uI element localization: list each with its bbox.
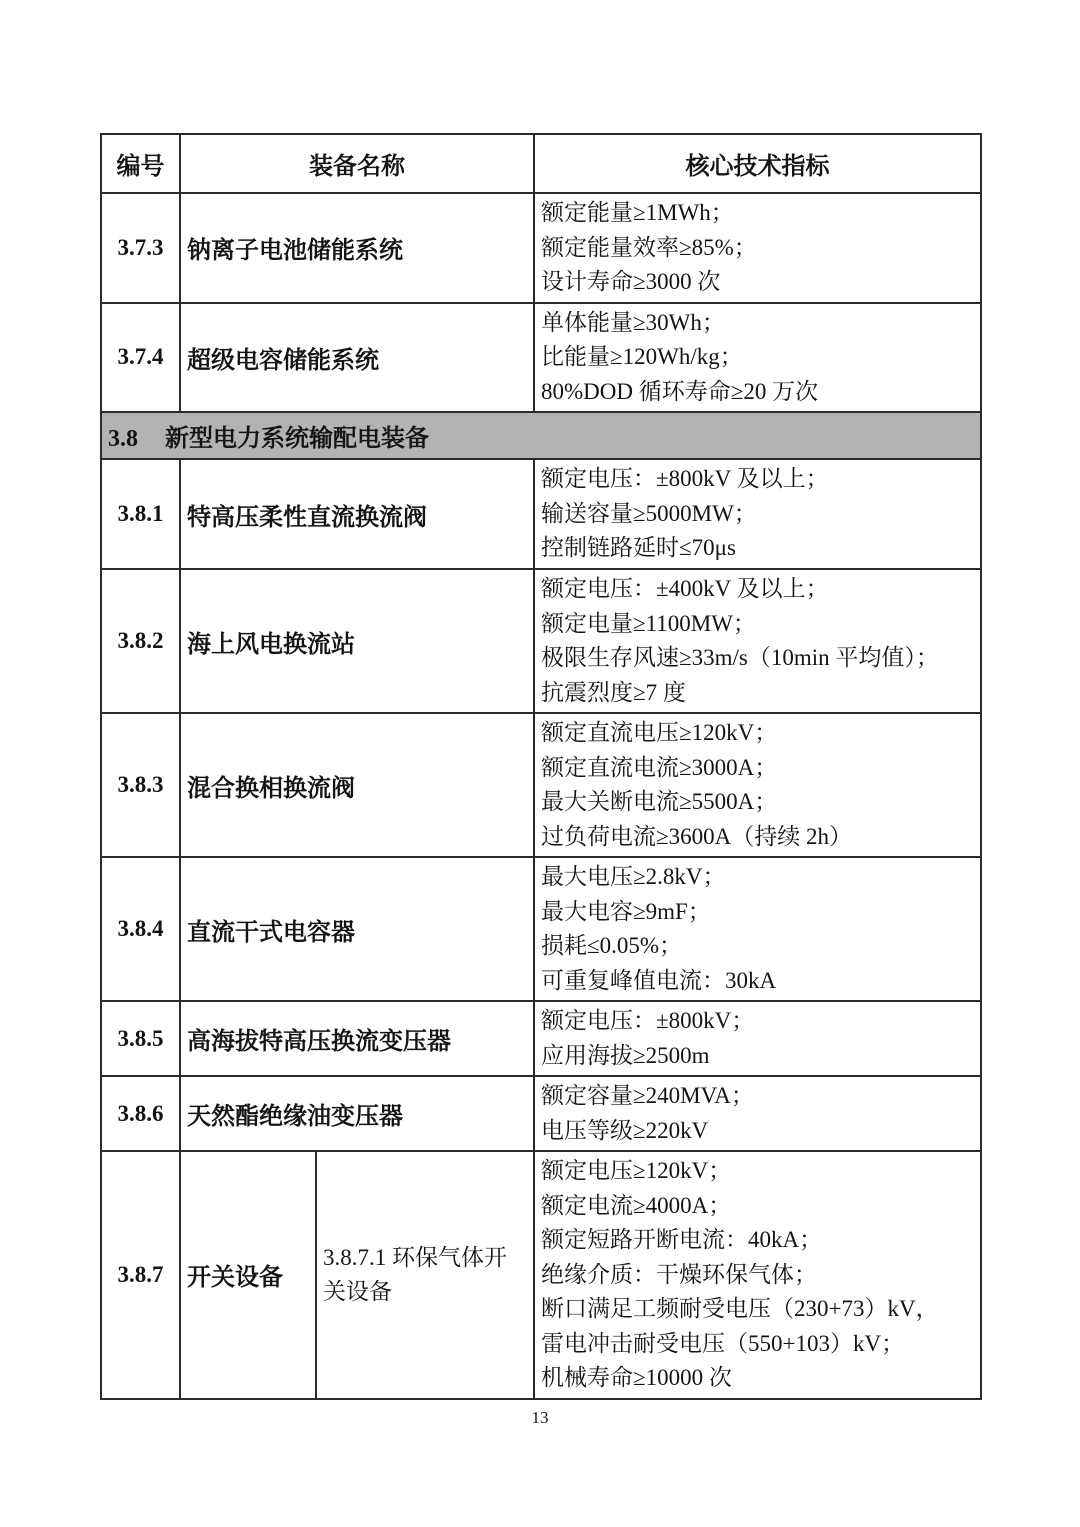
spec-cell: 额定直流电压≥120kV； 额定直流电流≥3000A； 最大关断电流≥5500A… [534, 713, 981, 857]
spec-line: 过负荷电流≥3600A（持续 2h） [541, 820, 974, 855]
row-number: 3.8.3 [101, 713, 180, 857]
row-number: 3.8.7 [101, 1151, 180, 1399]
spec-cell: 额定电压：±400kV 及以上； 额定电量≥1100MW； 极限生存风速≥33m… [534, 569, 981, 713]
equipment-name: 超级电容储能系统 [180, 303, 534, 413]
spec-line: 额定直流电流≥3000A； [541, 751, 974, 786]
spec-cell: 额定容量≥240MVA； 电压等级≥220kV [534, 1076, 981, 1151]
spec-cell: 额定电压：±800kV； 应用海拔≥2500m [534, 1001, 981, 1076]
equipment-spec-table: 编号 装备名称 核心技术指标 3.7.3 钠离子电池储能系统 额定能量≥1MWh… [100, 133, 982, 1400]
spec-line: 设计寿命≥3000 次 [541, 265, 974, 300]
table-row: 3.8.2 海上风电换流站 额定电压：±400kV 及以上； 额定电量≥1100… [101, 569, 981, 713]
row-number: 3.7.4 [101, 303, 180, 413]
section-header-row: 3.8新型电力系统输配电装备 [101, 412, 981, 459]
spec-line: 断口满足工频耐受电压（230+73）kV， [541, 1292, 974, 1327]
spec-line: 额定电流≥4000A； [541, 1189, 974, 1224]
table-row: 3.8.4 直流干式电容器 最大电压≥2.8kV； 最大电容≥9mF； 损耗≤0… [101, 857, 981, 1001]
table-row: 3.8.3 混合换相换流阀 额定直流电压≥120kV； 额定直流电流≥3000A… [101, 713, 981, 857]
header-id: 编号 [101, 134, 180, 193]
spec-line: 额定电压：±800kV； [541, 1004, 974, 1039]
spec-line: 额定容量≥240MVA； [541, 1079, 974, 1114]
spec-line: 抗震烈度≥7 度 [541, 676, 974, 711]
spec-line: 最大关断电流≥5500A； [541, 785, 974, 820]
row-number: 3.7.3 [101, 193, 180, 303]
row-number: 3.8.2 [101, 569, 180, 713]
spec-cell: 额定电压≥120kV； 额定电流≥4000A； 额定短路开断电流：40kA； 绝… [534, 1151, 981, 1399]
equipment-subitem: 3.8.7.1 环保气体开关设备 [316, 1151, 534, 1399]
equipment-name: 特高压柔性直流换流阀 [180, 459, 534, 569]
spec-cell: 最大电压≥2.8kV； 最大电容≥9mF； 损耗≤0.05%； 可重复峰值电流：… [534, 857, 981, 1001]
spec-line: 额定短路开断电流：40kA； [541, 1223, 974, 1258]
table-row: 3.7.3 钠离子电池储能系统 额定能量≥1MWh； 额定能量效率≥85%； 设… [101, 193, 981, 303]
row-number: 3.8.5 [101, 1001, 180, 1076]
table-row: 3.7.4 超级电容储能系统 单体能量≥30Wh； 比能量≥120Wh/kg； … [101, 303, 981, 413]
spec-line: 额定电压：±400kV 及以上； [541, 572, 974, 607]
section-number: 3.8 [108, 426, 138, 452]
spec-line: 比能量≥120Wh/kg； [541, 340, 974, 375]
spec-line: 最大电容≥9mF； [541, 895, 974, 930]
spec-line: 损耗≤0.05%； [541, 929, 974, 964]
spec-line: 应用海拔≥2500m [541, 1039, 974, 1074]
equipment-name: 海上风电换流站 [180, 569, 534, 713]
table-row: 3.8.7 开关设备 3.8.7.1 环保气体开关设备 额定电压≥120kV； … [101, 1151, 981, 1399]
spec-cell: 额定电压：±800kV 及以上； 输送容量≥5000MW； 控制链路延时≤70μ… [534, 459, 981, 569]
spec-line: 输送容量≥5000MW； [541, 497, 974, 532]
equipment-name: 高海拔特高压换流变压器 [180, 1001, 534, 1076]
table-header-row: 编号 装备名称 核心技术指标 [101, 134, 981, 193]
spec-line: 额定电压：±800kV 及以上； [541, 462, 974, 497]
equipment-name: 混合换相换流阀 [180, 713, 534, 857]
equipment-name: 开关设备 [180, 1151, 316, 1399]
equipment-name: 钠离子电池储能系统 [180, 193, 534, 303]
spec-line: 可重复峰值电流：30kA [541, 964, 974, 999]
equipment-name: 天然酯绝缘油变压器 [180, 1076, 534, 1151]
spec-cell: 额定能量≥1MWh； 额定能量效率≥85%； 设计寿命≥3000 次 [534, 193, 981, 303]
spec-line: 额定电压≥120kV； [541, 1154, 974, 1189]
header-name: 装备名称 [180, 134, 534, 193]
section-header-cell: 3.8新型电力系统输配电装备 [101, 412, 981, 459]
spec-cell: 单体能量≥30Wh； 比能量≥120Wh/kg； 80%DOD 循环寿命≥20 … [534, 303, 981, 413]
spec-line: 机械寿命≥10000 次 [541, 1361, 974, 1396]
header-specs: 核心技术指标 [534, 134, 981, 193]
spec-line: 单体能量≥30Wh； [541, 306, 974, 341]
spec-line: 绝缘介质：干燥环保气体； [541, 1258, 974, 1293]
table-row: 3.8.1 特高压柔性直流换流阀 额定电压：±800kV 及以上； 输送容量≥5… [101, 459, 981, 569]
spec-line: 额定电量≥1100MW； [541, 607, 974, 642]
spec-line: 电压等级≥220kV [541, 1114, 974, 1149]
spec-line: 额定直流电压≥120kV； [541, 716, 974, 751]
spec-line: 最大电压≥2.8kV； [541, 860, 974, 895]
table-row: 3.8.5 高海拔特高压换流变压器 额定电压：±800kV； 应用海拔≥2500… [101, 1001, 981, 1076]
spec-line: 雷电冲击耐受电压（550+103）kV； [541, 1327, 974, 1362]
section-title: 新型电力系统输配电装备 [165, 425, 429, 452]
spec-line: 极限生存风速≥33m/s（10min 平均值）； [541, 641, 974, 676]
spec-line: 80%DOD 循环寿命≥20 万次 [541, 375, 974, 410]
row-number: 3.8.1 [101, 459, 180, 569]
spec-line: 额定能量≥1MWh； [541, 196, 974, 231]
row-number: 3.8.4 [101, 857, 180, 1001]
page-number: 13 [0, 1408, 1080, 1428]
spec-line: 额定能量效率≥85%； [541, 231, 974, 266]
equipment-name: 直流干式电容器 [180, 857, 534, 1001]
row-number: 3.8.6 [101, 1076, 180, 1151]
table-row: 3.8.6 天然酯绝缘油变压器 额定容量≥240MVA； 电压等级≥220kV [101, 1076, 981, 1151]
spec-line: 控制链路延时≤70μs [541, 531, 974, 566]
